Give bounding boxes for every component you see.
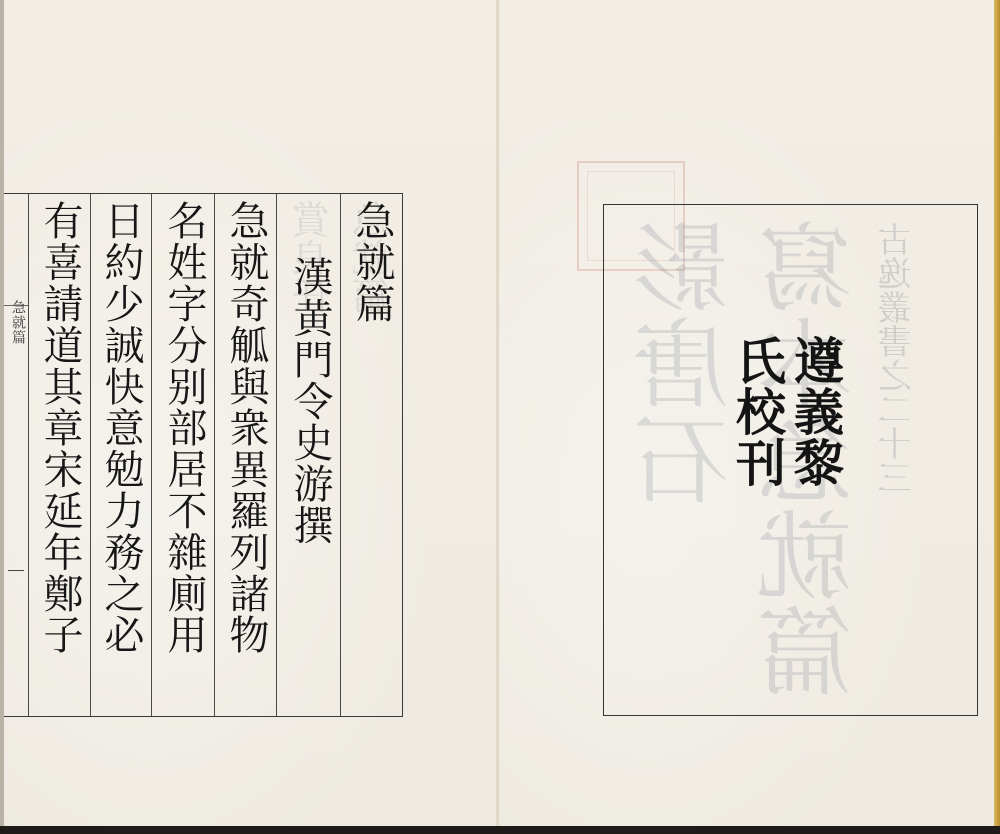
body-text-line: 名姓字分别部居不雜廁用: [152, 200, 214, 655]
left-page: 急就篇 賞良任 急就篇 急就篇 漢黄門令史游撰 急就奇觚與衆異羅列諸物 名姓字分…: [0, 0, 498, 828]
publisher-imprint: 遵義黎 氏校刊: [728, 335, 844, 488]
column-body-4: 有喜請道其章宋延年鄭子: [28, 194, 90, 716]
gilt-page-edge: [994, 0, 1000, 834]
column-author: 漢黄門令史游撰: [276, 194, 340, 716]
book-spread: 急就篇 賞良任 急就篇 急就篇 漢黄門令史游撰 急就奇觚與衆異羅列諸物 名姓字分…: [0, 0, 1000, 834]
column-title: 急就篇: [340, 194, 402, 716]
imprint-line-1: 遵義黎: [786, 335, 844, 488]
author-line: 漢黄門令史游撰: [277, 256, 340, 546]
column-body-1: 急就奇觚與衆異羅列諸物: [214, 194, 276, 716]
body-text-line: 急就奇觚與衆異羅列諸物: [215, 200, 276, 655]
column-body-2: 名姓字分别部居不雜廁用: [151, 194, 214, 716]
book-title: 急就篇: [341, 200, 402, 324]
column-body-3: 日約少誠快意勉力務之必: [90, 194, 151, 716]
text-grid: 急就篇 漢黄門令史游撰 急就奇觚與衆異羅列諸物 名姓字分别部居不雜廁用 日約少誠…: [4, 193, 403, 717]
bottom-shadow-edge: [0, 826, 1000, 834]
body-text-line: 日約少誠快意勉力務之必: [91, 200, 151, 655]
body-text-line: 有喜請道其章宋延年鄭子: [29, 200, 90, 655]
imprint-line-2: 氏校刊: [728, 335, 786, 488]
